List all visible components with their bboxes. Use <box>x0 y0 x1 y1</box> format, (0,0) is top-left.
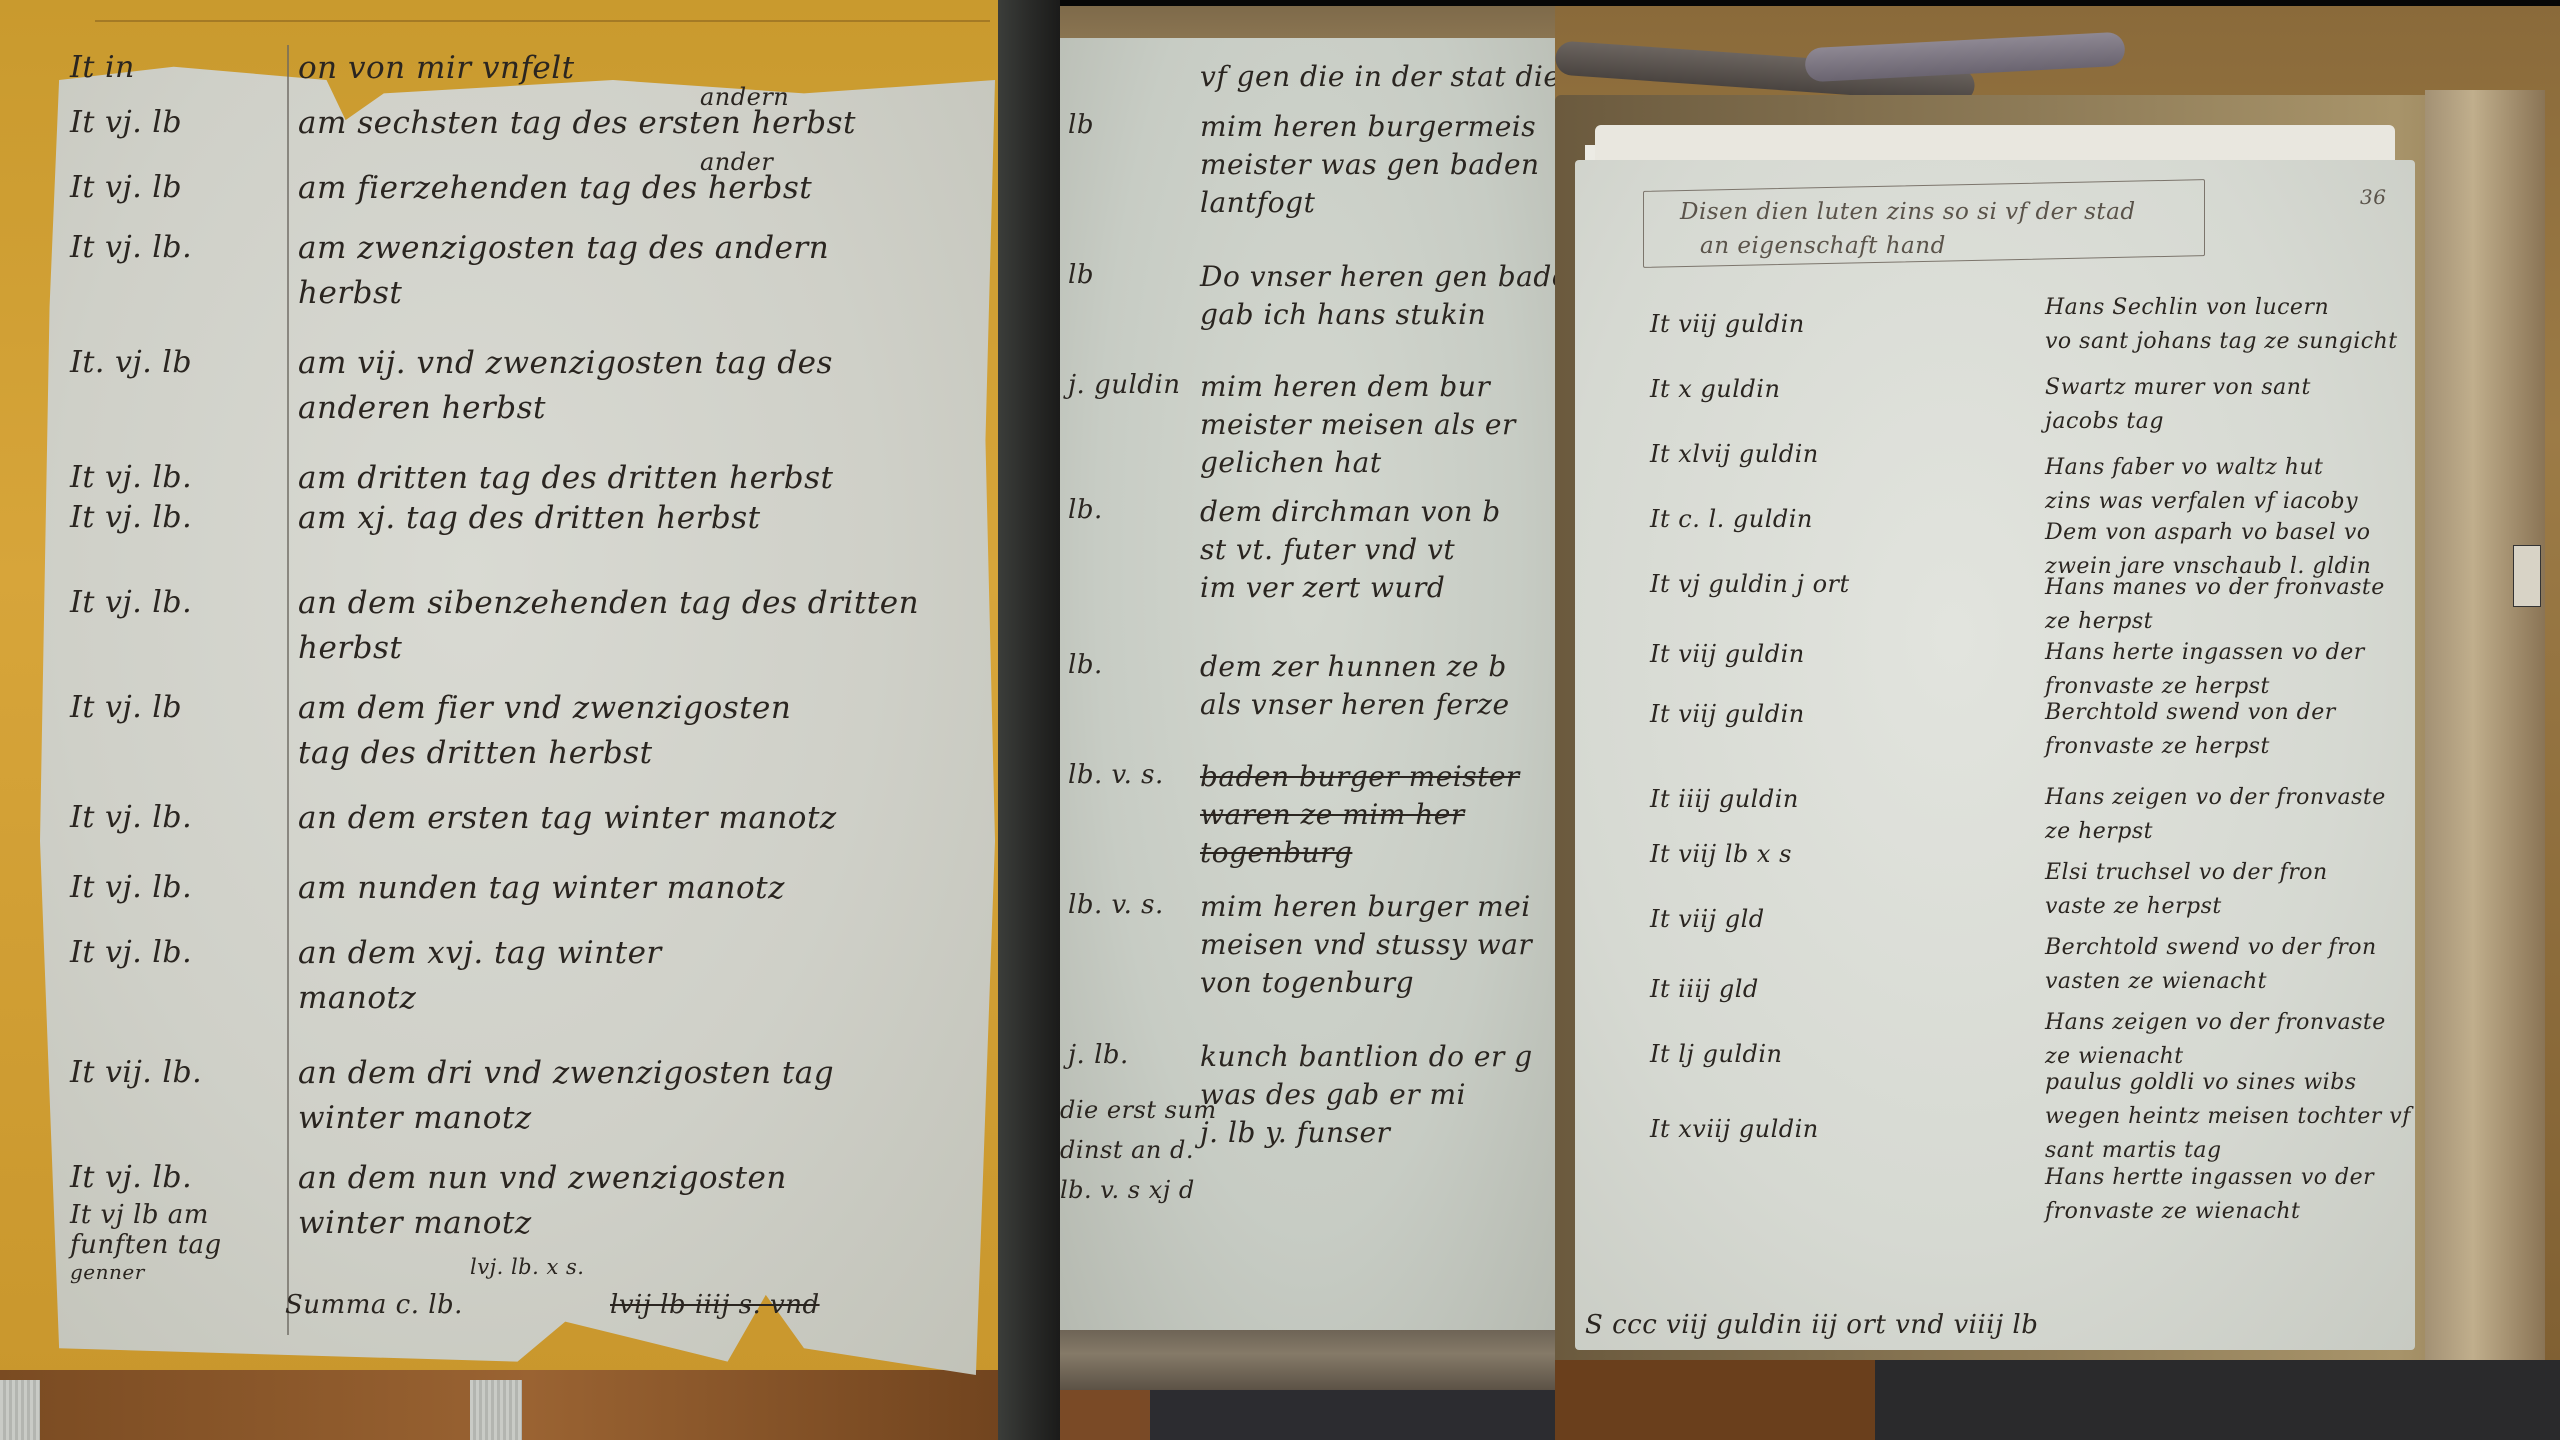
entry-text-cont: waren ze mim her <box>1200 798 1465 831</box>
entry-text-cont: manotz <box>298 980 416 1016</box>
rent-amount: It c. l. guldin <box>1650 505 1813 533</box>
rent-debtor: ze wienacht <box>2045 1044 2184 1069</box>
sum-line: Summa c. lb. <box>285 1290 463 1320</box>
margin-note: It vj lb am funften tag genner <box>70 1200 222 1284</box>
entry-text-cont: meister meisen als er <box>1200 408 1516 441</box>
sum-struck: lvij lb iiij s. vnd <box>610 1290 820 1320</box>
entry-text: mim heren dem bur <box>1200 370 1490 403</box>
entry-text-cont: tag des dritten herbst <box>298 735 653 771</box>
black-border <box>1555 0 2560 6</box>
entry-text: am dritten tag des dritten herbst <box>298 460 833 496</box>
entry-amount: lb. <box>1068 650 1103 680</box>
entry-amount: It vj. lb. <box>70 460 192 495</box>
rent-debtor: Hans hertte ingassen vo der <box>2045 1165 2374 1190</box>
rent-amount: It viij guldin <box>1650 640 1805 668</box>
rent-debtor: vaste ze herpst <box>2045 894 2222 919</box>
rent-amount: It viij guldin <box>1650 700 1805 728</box>
rent-debtor: Berchtold swend von der <box>2045 700 2336 725</box>
rent-debtor: Hans zeigen vo der fronvaste <box>2045 785 2386 810</box>
entry-amount: lb <box>1068 260 1094 290</box>
folio-number: 36 <box>2360 185 2386 209</box>
entry-amount: It vj. lb <box>70 170 182 205</box>
rent-debtor: fronvaste ze herpst <box>2045 674 2270 699</box>
entry-text: am vij. vnd zwenzigosten tag des <box>298 345 833 381</box>
entry-amount: It vij. lb. <box>70 1055 202 1090</box>
entry-amount: It vj. lb. <box>70 500 192 535</box>
entry-amount: j. guldin <box>1068 370 1181 400</box>
rent-debtor: Hans Sechlin von lucern <box>2045 295 2329 320</box>
rent-debtor: Hans faber vo waltz hut <box>2045 455 2323 480</box>
entry-correction: andern <box>700 83 789 111</box>
rent-amount: It iiij gld <box>1650 975 1759 1003</box>
rent-amount: It viij lb x s <box>1650 840 1792 868</box>
entry-text-cont: j. lb y. funser <box>1200 1116 1390 1149</box>
entry-text: baden burger meister <box>1200 760 1520 793</box>
entry-amount: It. vj. lb <box>70 345 192 380</box>
entry-correction: ander <box>700 148 773 176</box>
entry-amount: It vj. lb. <box>70 585 192 620</box>
rent-debtor: jacobs tag <box>2045 409 2164 434</box>
dark-divider-strip <box>998 0 1060 1440</box>
entry-amount: It vj. lb. <box>70 935 192 970</box>
margin-note: die erst sum dinst an d. lb. v. s xj d <box>1060 1090 1217 1210</box>
rent-debtor: Hans herte ingassen vo der <box>2045 640 2365 665</box>
entry-text-cont: herbst <box>298 275 402 311</box>
rent-amount: It viij gld <box>1650 905 1765 933</box>
rent-debtor: sant martis tag <box>2045 1138 2222 1163</box>
rent-debtor: fronvaste ze herpst <box>2045 734 2270 759</box>
entry-text: dem zer hunnen ze b <box>1200 650 1507 683</box>
entry-amount: lb <box>1068 110 1094 140</box>
rent-debtor: Berchtold swend vo der fron <box>2045 935 2377 960</box>
rent-debtor: Hans manes vo der fronvaste <box>2045 575 2385 600</box>
envelope-edge <box>95 20 990 22</box>
entry-text: kunch bantlion do er g <box>1200 1040 1533 1073</box>
entry-text: am dem fier vnd zwenzigosten <box>298 690 791 726</box>
sum-superscript: lvj. lb. x s. <box>470 1255 584 1279</box>
entry-amount: It vj. lb. <box>70 870 192 905</box>
entry-text-cont: st vt. futer vnd vt <box>1200 533 1455 566</box>
entry-text: am nunden tag winter manotz <box>298 870 785 906</box>
rent-debtor: vasten ze wienacht <box>2045 969 2267 994</box>
entry-text-cont: anderen herbst <box>298 390 546 426</box>
entry-text: an dem sibenzehenden tag des dritten <box>298 585 919 621</box>
entry-amount: It in <box>70 50 135 85</box>
entry-text: an dem ersten tag winter manotz <box>298 800 837 836</box>
entry-text-cont: was des gab er mi <box>1200 1078 1466 1111</box>
rent-debtor: Elsi truchsel vo der fron <box>2045 860 2328 885</box>
photo-panel-left: It inon von mir vnfeltIt vj. lbam sechst… <box>0 0 1060 1440</box>
photo-panel-middle: vf gen die in der stat dienlbmim heren b… <box>1060 0 1555 1440</box>
entry-amount: j. lb. <box>1068 1040 1129 1070</box>
entry-text-cont: winter manotz <box>298 1205 532 1241</box>
entry-amount: It vj. lb. <box>70 230 192 265</box>
entry-text-cont: meisen vnd stussy war <box>1200 928 1532 961</box>
page-heading: Disen dien luten zins so si vf der stad … <box>1680 195 2136 263</box>
entry-text-cont: winter manotz <box>298 1100 532 1136</box>
rent-amount: It lj guldin <box>1650 1040 1783 1068</box>
rent-amount: It iiij guldin <box>1650 785 1799 813</box>
entry-text-cont: lantfogt <box>1200 186 1315 219</box>
rent-amount: It x guldin <box>1650 375 1780 403</box>
entry-text-cont: im ver zert wurd <box>1200 571 1445 604</box>
entry-text: mim heren burger mei <box>1200 890 1531 923</box>
book-spine <box>2425 90 2545 1370</box>
entry-amount: lb. <box>1068 495 1103 525</box>
rent-amount: It xviij guldin <box>1650 1115 1819 1143</box>
rent-debtor: vo sant johans tag ze sungicht <box>2045 329 2398 354</box>
entry-text-cont: herbst <box>298 630 402 666</box>
rent-debtor: zins was verfalen vf iacoby <box>2045 489 2358 514</box>
wooden-table <box>0 1370 1060 1440</box>
rent-debtor: paulus goldli vo sines wibs <box>2045 1070 2357 1095</box>
entry-text: mim heren burgermeis <box>1200 110 1536 143</box>
rent-amount: It vj guldin j ort <box>1650 570 1850 598</box>
entry-text: an dem nun vnd zwenzigosten <box>298 1160 787 1196</box>
entry-text: an dem xvj. tag winter <box>298 935 662 971</box>
sum-line: S ccc viij guldin iij ort vnd viiij lb <box>1585 1310 2038 1340</box>
entry-text: vf gen die in der stat dien <box>1200 60 1555 93</box>
table-surface <box>1060 1390 1555 1440</box>
table-surface <box>1555 1360 2560 1440</box>
ribbon-tab <box>0 1380 40 1440</box>
ribbon-tab <box>470 1380 522 1440</box>
entry-amount: It vj. lb. <box>70 1160 192 1195</box>
entry-amount: It vj. lb <box>70 105 182 140</box>
margin-rule <box>287 45 289 1335</box>
entry-text-cont: von togenburg <box>1200 966 1414 999</box>
entry-text: Do vnser heren gen baden <box>1200 260 1555 293</box>
entry-amount: lb. v. s. <box>1068 890 1164 920</box>
entry-amount: It vj. lb <box>70 690 182 725</box>
shelf-label <box>2513 545 2541 607</box>
entry-text: an dem dri vnd zwenzigosten tag <box>298 1055 834 1091</box>
rent-debtor: Hans zeigen vo der fronvaste <box>2045 1010 2386 1035</box>
entry-text-cont: als vnser heren ferze <box>1200 688 1510 721</box>
rent-amount: It xlvij guldin <box>1650 440 1819 468</box>
rent-debtor: wegen heintz meisen tochter vf <box>2045 1104 2411 1129</box>
photo-panel-right: Disen dien luten zins so si vf der stad … <box>1555 0 2560 1440</box>
rent-amount: It viij guldin <box>1650 310 1805 338</box>
rent-debtor: ze herpst <box>2045 609 2153 634</box>
rent-debtor: Swartz murer von sant <box>2045 375 2311 400</box>
entry-text-cont: gab ich hans stukin <box>1200 298 1486 331</box>
entry-amount: It vj. lb. <box>70 800 192 835</box>
rent-debtor: fronvaste ze wienacht <box>2045 1199 2300 1224</box>
rent-debtor: ze herpst <box>2045 819 2153 844</box>
page-block-edge <box>1060 1330 1555 1390</box>
entry-text-cont: gelichen hat <box>1200 446 1382 479</box>
entry-text: on von mir vnfelt <box>298 50 575 86</box>
entry-text: dem dirchman von b <box>1200 495 1501 528</box>
entry-amount: lb. v. s. <box>1068 760 1164 790</box>
entry-text-cont: meister was gen baden <box>1200 148 1540 181</box>
entry-text-cont: togenburg <box>1200 836 1352 869</box>
rent-debtor: Dem von asparh vo basel vo <box>2045 520 2371 545</box>
entry-text: am xj. tag des dritten herbst <box>298 500 761 536</box>
entry-text: am zwenzigosten tag des andern <box>298 230 829 266</box>
